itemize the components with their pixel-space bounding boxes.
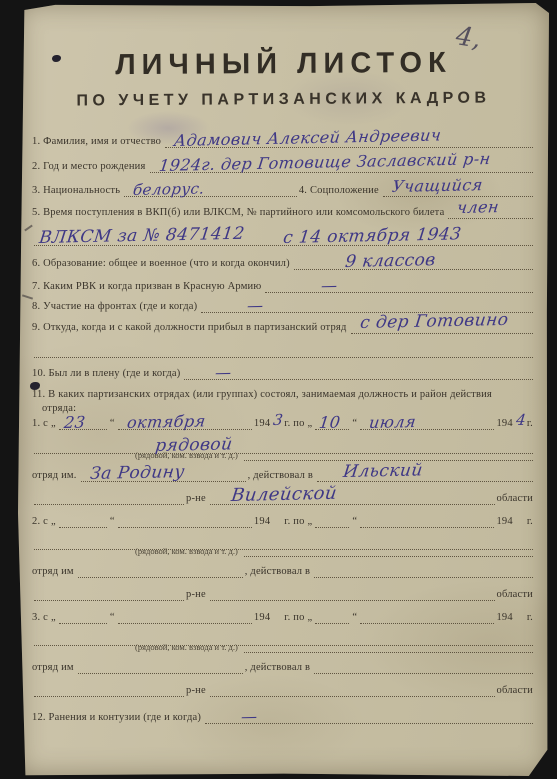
entry-number: 2. с — [32, 516, 50, 528]
month-from-line — [118, 509, 252, 528]
komsomol-ticket-value: ВЛКСМ за № 8471412 — [38, 224, 246, 248]
spacer — [34, 641, 129, 653]
rank-caption: (рядовой, ком. взвода и т. д.) — [131, 546, 242, 557]
rvk-value: — — [320, 276, 339, 295]
service-entry-2-dates: 2. с „ “ 194 г. по „ “ 194 г. — [32, 509, 535, 528]
day-to-line — [315, 605, 349, 624]
year-g-label: г. — [527, 612, 535, 624]
oblast-value: Вилейской — [230, 483, 338, 506]
quote-close: “ — [351, 612, 358, 624]
service-entry-2-oblast: р-не области — [32, 582, 535, 601]
entry-number: 1. с — [32, 418, 50, 430]
year-po-label: г. по — [284, 612, 306, 624]
quote-open: „ — [50, 612, 57, 624]
field-line: белорус. — [124, 178, 297, 197]
spacer — [34, 545, 129, 557]
field-label: 3. Национальность — [32, 185, 122, 197]
field-row-education: 6. Образование: общее и военное (что и к… — [32, 251, 535, 270]
spacer-line — [34, 486, 184, 505]
field-label: 6. Образование: общее и военное (что и к… — [32, 258, 292, 270]
unit-line: За Родину — [81, 463, 246, 482]
month-from-value: октября — [126, 411, 207, 432]
field-line: Адамович Алексей Андреевич — [165, 129, 533, 148]
unit-label: отряд им. — [32, 470, 79, 482]
unit-label: отряд им — [32, 662, 76, 674]
month-to-line — [360, 605, 494, 624]
rank-caption: (рядовой, ком. взвода и т. д.) — [131, 450, 242, 461]
year-printed: 194 — [254, 516, 272, 528]
document-subtitle: ПО УЧЕТУ ПАРТИЗАНСКИХ КАДРОВ — [18, 89, 549, 111]
oblast-line — [210, 582, 495, 601]
unit-label: отряд им — [32, 566, 76, 578]
field-line: ВЛКСМ за № 8471412 с 14 октября 1943 — [34, 227, 533, 246]
service-entry-2-rank-caption: (рядовой, ком. взвода и т. д.) — [32, 545, 535, 557]
unit-line — [78, 655, 243, 674]
field-row-party-line2: ВЛКСМ за № 8471412 с 14 октября 1943 — [32, 227, 535, 246]
acted-label: , действовал в — [248, 470, 315, 482]
field-row-wounds: 12. Ранения и контузии (где и когда) — — [32, 705, 535, 724]
quote-close: “ — [351, 418, 358, 430]
quote-close: “ — [109, 612, 116, 624]
day-from-line — [59, 509, 107, 528]
service-entry-1-dates: 1. с „ 23 “ октября 194 3 г. по „ 10 “ и… — [32, 411, 535, 430]
field-row-surname: 1. Фамилия, имя и отчество Адамович Алек… — [32, 129, 535, 148]
year-digit-value — [515, 527, 527, 528]
spacer — [34, 449, 129, 461]
oblast-label: области — [497, 589, 536, 601]
field-row-captivity: 10. Был ли в плену (где и когда) — — [32, 361, 535, 380]
document-page: 4, ЛИЧНЫЙ ЛИСТОК ПО УЧЕТУ ПАРТИЗАНСКИХ К… — [18, 3, 549, 776]
acted-region-value: Ильский — [342, 460, 424, 482]
day-to-value: 10 — [318, 413, 342, 432]
fronts-value: — — [246, 296, 265, 315]
oblast-line — [210, 678, 495, 697]
acted-line: Ильский — [317, 463, 533, 482]
quote-open: „ — [50, 418, 57, 430]
day-from-value: 23 — [63, 413, 87, 432]
rayon-label: р-не — [186, 685, 208, 697]
year-printed: 194 — [496, 418, 514, 430]
field-line: — — [184, 361, 533, 380]
field-label: 7. Каким РВК и когда призван в Красную А… — [32, 281, 263, 293]
acted-label: , действовал в — [245, 662, 312, 674]
field-label: 4. Соцположение — [299, 185, 381, 197]
quote-close: “ — [109, 516, 116, 528]
service-entry-3-oblast: р-не области — [32, 678, 535, 697]
field-line: Учащийся — [383, 178, 533, 197]
service-entry-2-unit: отряд им , действовал в — [32, 559, 535, 578]
field-row-birth: 2. Год и место рождения 1924г. дер Готов… — [32, 154, 535, 173]
quote-open: „ — [307, 612, 314, 624]
party-member-value: член — [456, 197, 500, 217]
spacer-line — [34, 678, 184, 697]
field-row-nationality: 3. Национальность белорус. 4. Соцположен… — [32, 178, 535, 197]
year-printed: 194 — [254, 418, 272, 430]
field-line: 9 классов — [294, 251, 533, 270]
rayon-label: р-не — [186, 589, 208, 601]
month-to-line: июля — [360, 411, 494, 430]
field-row-arrival-cont — [32, 339, 535, 358]
service-entry-3-rank-caption: (рядовой, ком. взвода и т. д.) — [32, 641, 535, 653]
komsomol-date-value: с 14 октября 1943 — [282, 224, 463, 248]
nationality-value: белорус. — [132, 180, 206, 199]
service-entry-3-unit: отряд им , действовал в — [32, 655, 535, 674]
month-from-line — [118, 605, 252, 624]
year-po-label: г. по — [284, 418, 306, 430]
year-printed: 194 — [496, 612, 514, 624]
field-label: 2. Год и место рождения — [32, 161, 148, 173]
oblast-label: области — [497, 493, 536, 505]
year-digit-value — [272, 623, 284, 624]
captivity-value: — — [214, 363, 233, 382]
birth-value: 1924г. дер Готовище Заславский р-н — [158, 149, 492, 175]
field-row-rvk: 7. Каким РВК и когда призван в Красную А… — [32, 274, 535, 293]
service-entry-1-oblast: р-не Вилейской области — [32, 486, 535, 505]
quote-close: “ — [109, 418, 116, 430]
document-title: ЛИЧНЫЙ ЛИСТОК — [18, 46, 549, 83]
field-label: 1. Фамилия, имя и отчество — [32, 136, 163, 148]
rank-caption: (рядовой, ком. взвода и т. д.) — [131, 642, 242, 653]
year-digit-value — [515, 623, 527, 624]
quote-open: „ — [307, 516, 314, 528]
oblast-line: Вилейской — [210, 486, 495, 505]
education-value: 9 классов — [344, 250, 437, 272]
month-to-value: июля — [368, 412, 417, 432]
entry-number: 3. с — [32, 612, 50, 624]
field-label: 8. Участие на фронтах (где и когда) — [32, 301, 199, 313]
field-label: 9. Откуда, когда и с какой должности при… — [32, 322, 349, 334]
year-digit-value: 4 — [515, 411, 529, 430]
month-from-line: октября — [118, 411, 252, 430]
day-to-line — [315, 509, 349, 528]
unit-line — [78, 559, 243, 578]
quote-open: „ — [307, 418, 314, 430]
field-line: — — [265, 274, 533, 293]
acted-line — [314, 655, 533, 674]
caption-line — [244, 641, 533, 653]
year-printed: 194 — [496, 516, 514, 528]
wounds-value: — — [240, 707, 259, 726]
month-to-line — [360, 509, 494, 528]
field-line: — — [205, 705, 533, 724]
field-line: 1924г. дер Готовище Заславский р-н — [150, 154, 533, 173]
day-to-line: 10 — [315, 411, 349, 430]
acted-line — [314, 559, 533, 578]
rayon-label: р-не — [186, 493, 208, 505]
year-g-label: г. — [527, 516, 535, 528]
field-label: 12. Ранения и контузии (где и когда) — [32, 712, 203, 724]
quote-open: „ — [50, 516, 57, 528]
field-line: член — [448, 200, 533, 219]
day-from-line: 23 — [59, 411, 107, 430]
caption-line — [244, 449, 533, 461]
caption-line — [244, 545, 533, 557]
year-digit-value — [272, 527, 284, 528]
field-row-party: 5. Время поступления в ВКП(б) или ВЛКСМ,… — [32, 200, 535, 219]
field-line: с дер Готовино — [351, 315, 534, 334]
service-entry-1-rank-caption: (рядовой, ком. взвода и т. д.) — [32, 449, 535, 461]
quote-close: “ — [351, 516, 358, 528]
year-printed: 194 — [254, 612, 272, 624]
field-line — [34, 339, 533, 358]
social-position-value: Учащийся — [391, 175, 484, 196]
acted-label: , действовал в — [245, 566, 312, 578]
field-row-arrival: 9. Откуда, когда и с какой должности при… — [32, 315, 535, 334]
day-from-line — [59, 605, 107, 624]
service-entry-3-dates: 3. с „ “ 194 г. по „ “ 194 г. — [32, 605, 535, 624]
service-entry-1-unit: отряд им. За Родину , действовал в Ильск… — [32, 463, 535, 482]
surname-value: Адамович Алексей Андреевич — [173, 125, 442, 150]
arrival-value: с дер Готовино — [359, 310, 510, 333]
field-label: 10. Был ли в плену (где и когда) — [32, 368, 182, 380]
year-po-label: г. по — [284, 516, 306, 528]
unit-name-value: За Родину — [89, 462, 186, 484]
spacer-line — [34, 582, 184, 601]
field-label: 5. Время поступления в ВКП(б) или ВЛКСМ,… — [32, 207, 446, 219]
oblast-label: области — [497, 685, 536, 697]
